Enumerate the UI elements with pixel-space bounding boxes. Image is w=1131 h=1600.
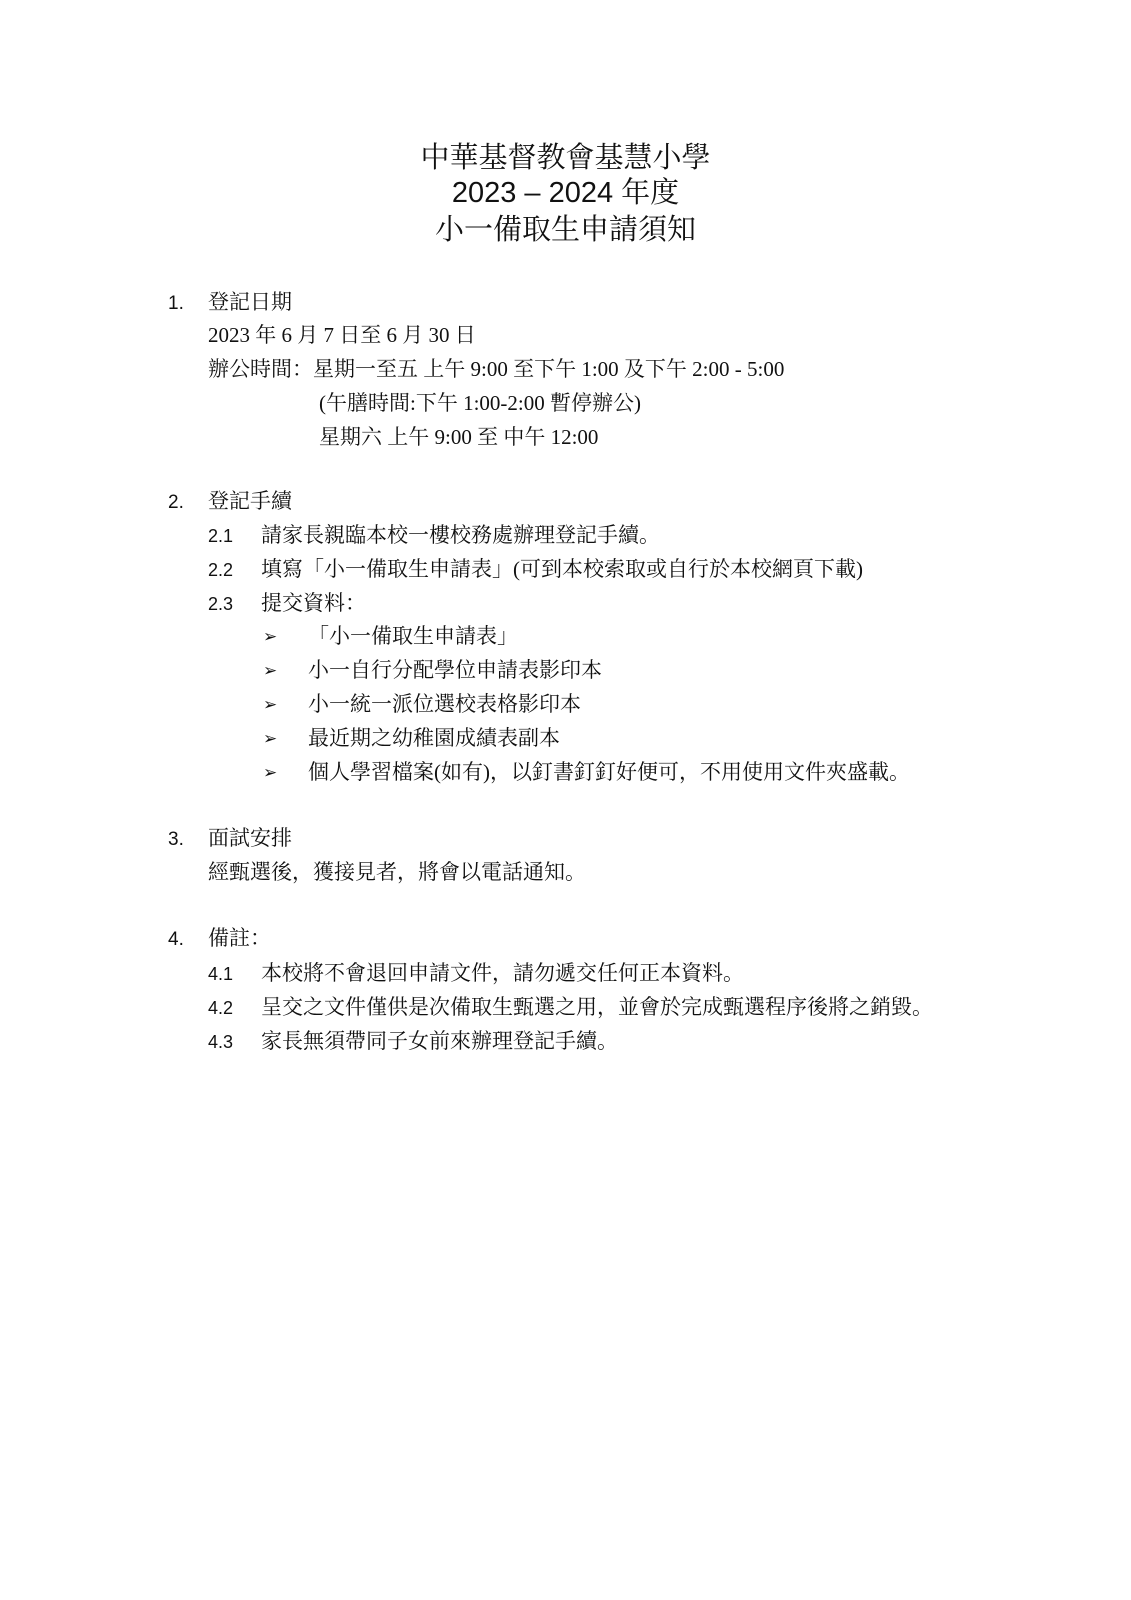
section-3-number: 3. xyxy=(168,826,184,854)
section-2-number: 2. xyxy=(168,489,184,517)
document-title: 小一備取生申請須知 xyxy=(0,212,1131,248)
item-4-1-text: 本校將不會退回申請文件，請勿遞交任何正本資料。 xyxy=(261,959,744,987)
bullet-portfolio: 個人學習檔案(如有)，以釘書釘釘好便可，不用使用文件夾盛載。 xyxy=(308,758,910,786)
section-1-number: 1. xyxy=(168,290,184,318)
office-hours-weekday: 辦公時間：星期一至五 上午 9:00 至下午 1:00 及下午 2:00 - 5… xyxy=(208,355,784,383)
section-4-heading: 備註： xyxy=(208,924,271,952)
registration-dates: 2023 年 6 月 7 日至 6 月 30 日 xyxy=(208,321,476,349)
item-4-3-text: 家長無須帶同子女前來辦理登記手續。 xyxy=(261,1027,618,1055)
item-4-2-number: 4.2 xyxy=(208,994,233,1022)
bullet-application-form: 「小一備取生申請表」 xyxy=(308,622,518,650)
school-name: 中華基督教會基慧小學 xyxy=(0,140,1131,176)
item-2-3-number: 2.3 xyxy=(208,590,233,618)
item-2-2-text: 填寫「小一備取生申請表」(可到本校索取或自行於本校網頁下載) xyxy=(261,555,863,583)
lunch-break-note: (午膳時間:下午 1:00-2:00 暫停辦公) xyxy=(319,389,641,417)
item-2-3-text: 提交資料： xyxy=(261,589,366,617)
section-1-heading: 登記日期 xyxy=(208,288,292,316)
item-4-3-number: 4.3 xyxy=(208,1028,233,1056)
section-4-number: 4. xyxy=(168,926,184,954)
interview-notice: 經甄選後，獲接見者，將會以電話通知。 xyxy=(208,858,586,886)
item-4-2-text: 呈交之文件僅供是次備取生甄選之用，並會於完成甄選程序後將之銷毀。 xyxy=(261,993,933,1021)
item-2-1-number: 2.1 xyxy=(208,522,233,550)
arrow-bullet-icon: ➢ xyxy=(263,725,277,753)
item-4-1-number: 4.1 xyxy=(208,960,233,988)
bullet-discretionary-form: 小一自行分配學位申請表影印本 xyxy=(308,656,602,684)
bullet-central-allocation-form: 小一統一派位選校表格影印本 xyxy=(308,690,581,718)
item-2-1-text: 請家長親臨本校一樓校務處辦理登記手續。 xyxy=(261,521,660,549)
arrow-bullet-icon: ➢ xyxy=(263,759,277,787)
bullet-kindergarten-report: 最近期之幼稚園成績表副本 xyxy=(308,724,560,752)
academic-year: 2023 – 2024 年度 xyxy=(0,175,1131,211)
office-hours-saturday: 星期六 上午 9:00 至 中午 12:00 xyxy=(319,423,598,451)
arrow-bullet-icon: ➢ xyxy=(263,691,277,719)
arrow-bullet-icon: ➢ xyxy=(263,623,277,651)
arrow-bullet-icon: ➢ xyxy=(263,657,277,685)
section-3-heading: 面試安排 xyxy=(208,824,292,852)
item-2-2-number: 2.2 xyxy=(208,556,233,584)
section-2-heading: 登記手續 xyxy=(208,487,292,515)
